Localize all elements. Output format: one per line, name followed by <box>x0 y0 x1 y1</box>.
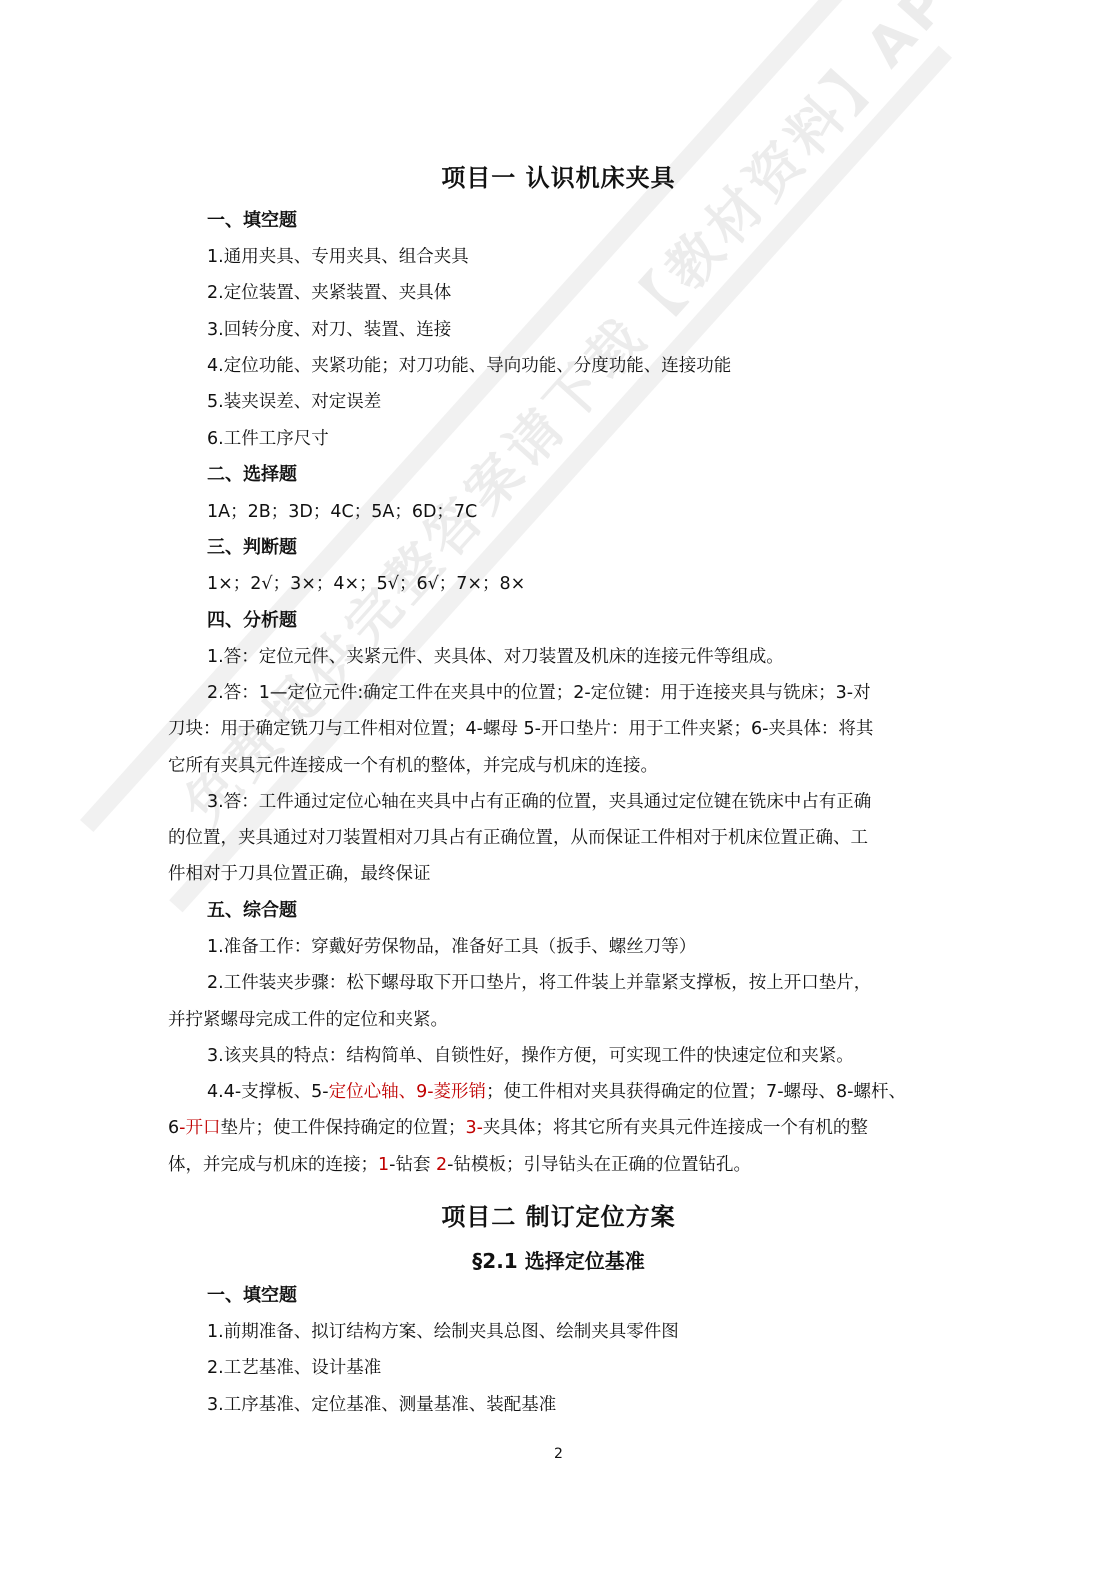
judge-answer: 1×；2√；3×；4×；5√；6√；7×；8× <box>207 572 525 596</box>
text-run: 6 <box>168 1118 179 1138</box>
analysis-q2-line: 它所有夹具元件连接成一个有机的整体，并完成与机床的连接。 <box>168 754 658 778</box>
highlight-run: -开口 <box>179 1118 220 1138</box>
text-run: 垫片；使工件保持确定的位置； <box>220 1118 465 1138</box>
project1-title: 项目一 认识机床夹具 <box>0 158 1117 193</box>
comprehensive-heading: 五、综合题 <box>207 899 297 923</box>
comprehensive-q3: 3.该夹具的特点：结构简单、自锁性好，操作方便，可实现工件的快速定位和夹紧。 <box>207 1044 854 1068</box>
analysis-q2-line: 刀块：用于确定铣刀与工件相对位置；4-螺母 5-开口垫片：用于工件夹紧；6-夹具… <box>168 717 873 741</box>
choice-answer: 1A；2B；3D；4C；5A；6D；7C <box>207 500 477 524</box>
comprehensive-q2-line: 并拧紧螺母完成工件的定位和夹紧。 <box>168 1008 448 1032</box>
text-run: 4.4-支撑板、5- <box>207 1082 329 1102</box>
document-page: 项目一 认识机床夹具 一、填空题 1.通用夹具、专用夹具、组合夹具 2.定位装置… <box>0 0 1117 1579</box>
project2-title: 项目二 制订定位方案 <box>0 1197 1117 1232</box>
project2-subtitle: §2.1 选择定位基准 <box>0 1245 1117 1274</box>
comprehensive-q4-line: 体，并完成与机床的连接；1-钻套 2-钻模板；引导钻头在正确的位置钻孔。 <box>168 1153 751 1177</box>
p2-fill-item: 3.工序基准、定位基准、测量基准、装配基准 <box>207 1393 556 1417</box>
judge-heading: 三、判断题 <box>207 536 297 560</box>
text-run: 夹具体；将其它所有夹具元件连接成一个有机的整 <box>483 1118 868 1138</box>
fill-item: 4.定位功能、夹紧功能；对刀功能、导向功能、分度功能、连接功能 <box>207 354 731 378</box>
text-run: -钻模板；引导钻头在正确的位置钻孔。 <box>447 1155 751 1175</box>
text-run: ；使工件相对夹具获得确定的位置；7-螺母、8-螺杆、 <box>486 1082 906 1102</box>
highlight-run: 1 <box>378 1155 389 1175</box>
highlight-run: 2 <box>436 1155 447 1175</box>
p2-fill-heading: 一、填空题 <box>207 1284 297 1308</box>
p2-fill-item: 1.前期准备、拟订结构方案、绘制夹具总图、绘制夹具零件图 <box>207 1320 679 1344</box>
choice-heading: 二、选择题 <box>207 463 297 487</box>
highlight-run: 3- <box>465 1118 482 1138</box>
fill-item: 1.通用夹具、专用夹具、组合夹具 <box>207 245 469 269</box>
highlight-run: 定位心轴、9-菱形销 <box>329 1082 486 1102</box>
comprehensive-q4-line: 4.4-支撑板、5-定位心轴、9-菱形销；使工件相对夹具获得确定的位置；7-螺母… <box>207 1080 906 1104</box>
fill-heading: 一、填空题 <box>207 209 297 233</box>
analysis-q1: 1.答：定位元件、夹紧元件、夹具体、对刀装置及机床的连接元件等组成。 <box>207 645 784 669</box>
text-run: -钻套 <box>389 1155 436 1175</box>
comprehensive-q2-line: 2.工件装夹步骤：松下螺母取下开口垫片，将工件装上并靠紧支撑板，按上开口垫片， <box>207 971 871 995</box>
analysis-q2-line: 2.答：1—定位元件:确定工件在夹具中的位置；2-定位键：用于连接夹具与铣床；3… <box>207 681 871 705</box>
p2-fill-item: 2.工艺基准、设计基准 <box>207 1356 381 1380</box>
fill-item: 3.回转分度、对刀、装置、连接 <box>207 318 451 342</box>
comprehensive-q4-line: 6-开口垫片；使工件保持确定的位置；3-夹具体；将其它所有夹具元件连接成一个有机… <box>168 1116 868 1140</box>
text-run: 体，并完成与机床的连接； <box>168 1155 378 1175</box>
fill-item: 6.工件工序尺寸 <box>207 427 329 451</box>
comprehensive-q1: 1.准备工作：穿戴好劳保物品，准备好工具（扳手、螺丝刀等） <box>207 935 696 959</box>
fill-item: 2.定位装置、夹紧装置、夹具体 <box>207 281 451 305</box>
analysis-q3-line: 的位置，夹具通过对刀装置相对刀具占有正确位置，从而保证工件相对于机床位置正确、工 <box>168 826 868 850</box>
analysis-q3-line: 3.答：工件通过定位心轴在夹具中占有正确的位置，夹具通过定位键在铣床中占有正确 <box>207 790 871 814</box>
analysis-q3-line: 件相对于刀具位置正确，最终保证 <box>168 862 431 886</box>
fill-item: 5.装夹误差、对定误差 <box>207 390 381 414</box>
page-number: 2 <box>0 1446 1117 1462</box>
analysis-heading: 四、分析题 <box>207 609 297 633</box>
